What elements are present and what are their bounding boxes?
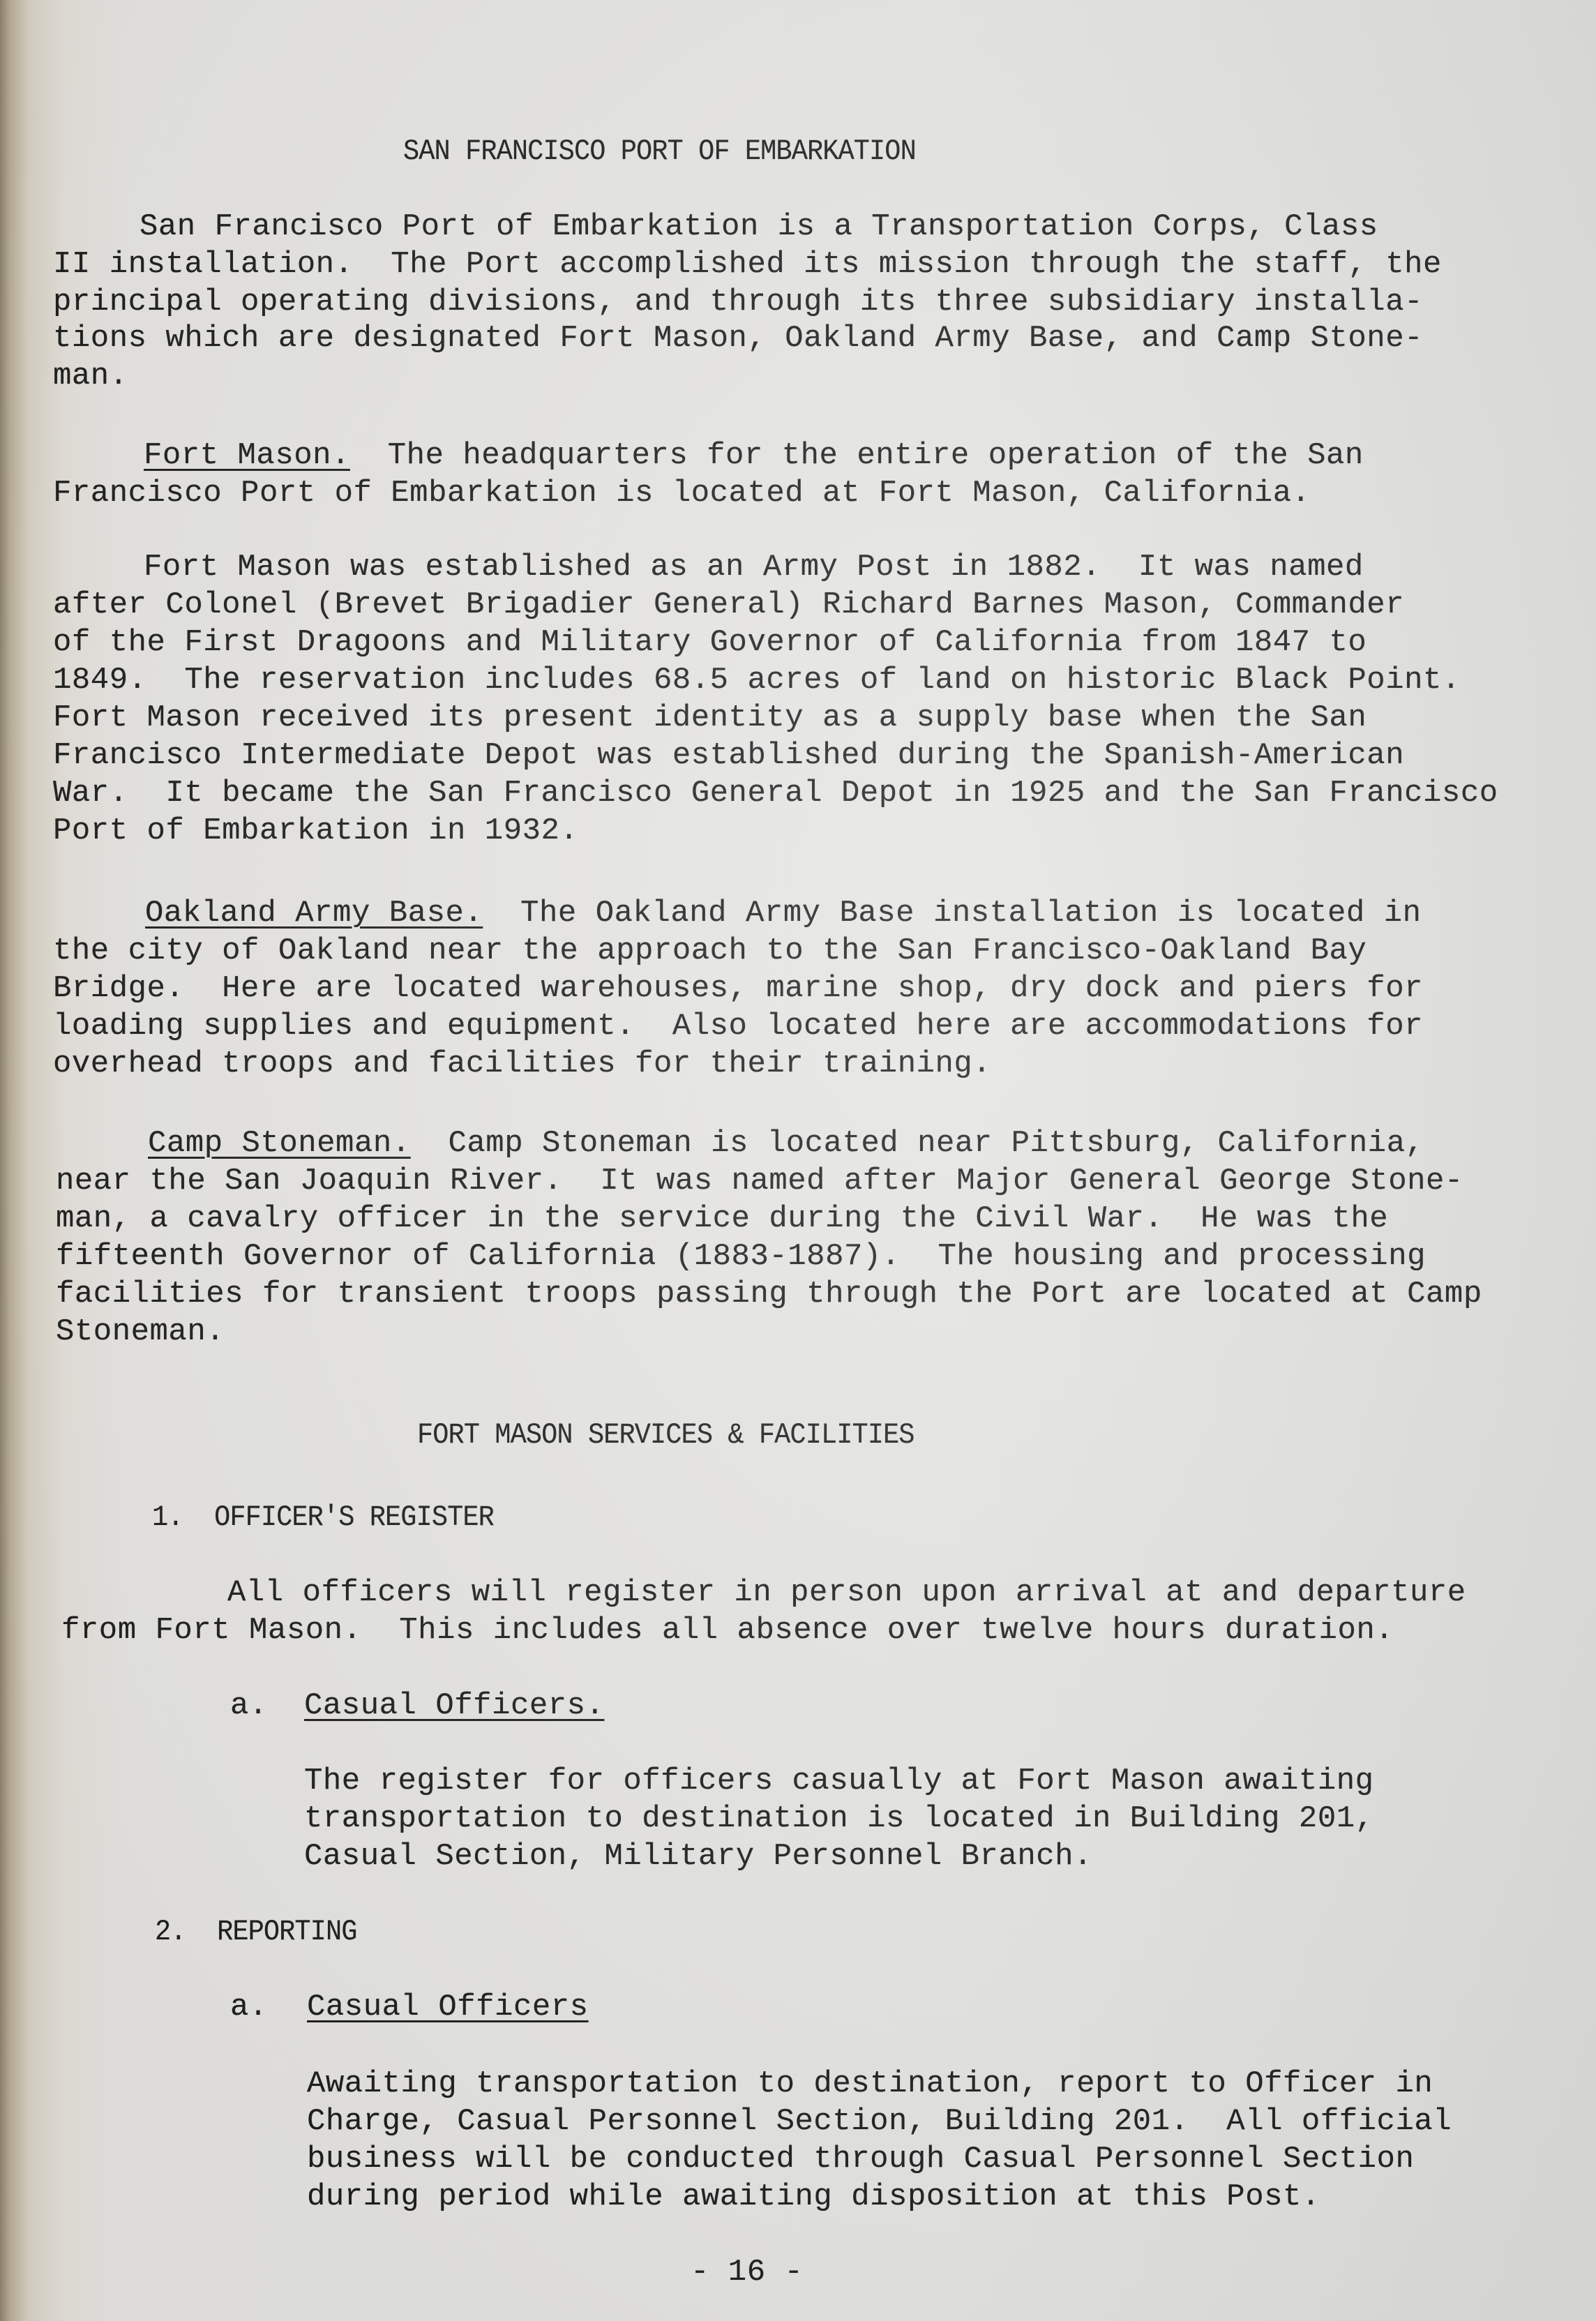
oakland-paragraph: Oakland Army Base. The Oakland Army Base…: [145, 894, 1422, 932]
intro-line: principal operating divisions, and throu…: [53, 283, 1423, 321]
stoneman-paragraph: Camp Stoneman. Camp Stoneman is located …: [148, 1125, 1424, 1162]
section-1a-line: Casual Section, Military Personnel Branc…: [304, 1838, 1092, 1875]
intro-line: San Francisco Port of Embarkation is a T…: [140, 208, 1378, 246]
stoneman-line: man, a cavalry officer in the service du…: [56, 1200, 1388, 1238]
stoneman-heading: Camp Stoneman.: [148, 1126, 411, 1161]
section-2a-line: business will be conducted through Casua…: [307, 2140, 1414, 2178]
stoneman-line: near the San Joaquin River. It was named…: [56, 1162, 1463, 1200]
history-line: Fort Mason was established as an Army Po…: [144, 548, 1364, 586]
fort-mason-paragraph: Fort Mason. The headquarters for the ent…: [144, 437, 1364, 474]
fort-mason-line: The headquarters for the entire operatio…: [350, 438, 1364, 473]
history-line: after Colonel (Brevet Brigadier General)…: [53, 586, 1404, 624]
services-title: FORT MASON SERVICES & FACILITIES: [417, 1416, 914, 1454]
oakland-line: overhead troops and facilities for their…: [53, 1045, 991, 1083]
oakland-line: Bridge. Here are located warehouses, mar…: [53, 970, 1423, 1007]
section-2a-line: during period while awaiting disposition…: [307, 2178, 1320, 2216]
section-1a-line: The register for officers casually at Fo…: [304, 1762, 1374, 1800]
history-line: 1849. The reservation includes 68.5 acre…: [53, 661, 1461, 699]
oakland-line: The Oakland Army Base installation is lo…: [483, 896, 1421, 931]
fort-mason-line: Francisco Port of Embarkation is located…: [53, 474, 1311, 512]
oakland-line: the city of Oakland near the approach to…: [53, 932, 1367, 970]
history-line: Port of Embarkation in 1932.: [53, 812, 578, 850]
section-2a-marker: a.: [230, 1988, 268, 2026]
stoneman-line: facilities for transient troops passing …: [56, 1275, 1482, 1313]
section-1a-heading: Casual Officers.: [304, 1687, 604, 1725]
section-1-line: All officers will register in person upo…: [227, 1574, 1466, 1612]
section-2a-line: Charge, Casual Personnel Section, Buildi…: [307, 2103, 1452, 2140]
intro-line: II installation. The Port accomplished i…: [53, 246, 1442, 283]
history-line: of the First Dragoons and Military Gover…: [53, 624, 1367, 661]
oakland-heading: Oakland Army Base.: [145, 896, 483, 931]
history-line: War. It became the San Francisco General…: [53, 774, 1498, 812]
document-page: SAN FRANCISCO PORT OF EMBARKATION San Fr…: [0, 0, 1596, 2321]
section-1a-line: transportation to destination is located…: [304, 1800, 1374, 1838]
history-line: Fort Mason received its present identity…: [53, 699, 1367, 737]
stoneman-line: Stoneman.: [56, 1313, 225, 1351]
section-1a-marker: a.: [230, 1687, 268, 1725]
fort-mason-heading: Fort Mason.: [144, 438, 350, 473]
section-2a-heading: Casual Officers: [307, 1988, 589, 2026]
page-number: - 16 -: [691, 2253, 803, 2291]
oakland-line: loading supplies and equipment. Also loc…: [53, 1007, 1423, 1045]
document-title: SAN FRANCISCO PORT OF EMBARKATION: [403, 133, 916, 170]
stoneman-line: Camp Stoneman is located near Pittsburg,…: [411, 1126, 1424, 1161]
intro-line: tions which are designated Fort Mason, O…: [53, 320, 1423, 357]
section-2a-line: Awaiting transportation to destination, …: [307, 2065, 1433, 2103]
section-1-line: from Fort Mason. This includes all absen…: [61, 1612, 1394, 1649]
history-line: Francisco Intermediate Depot was establi…: [53, 737, 1404, 774]
section-2-heading: 2. REPORTING: [155, 1913, 356, 1951]
intro-line: man.: [53, 357, 128, 395]
stoneman-line: fifteenth Governor of California (1883-1…: [56, 1238, 1426, 1275]
section-1-heading: 1. OFFICER'S REGISTER: [152, 1498, 494, 1536]
